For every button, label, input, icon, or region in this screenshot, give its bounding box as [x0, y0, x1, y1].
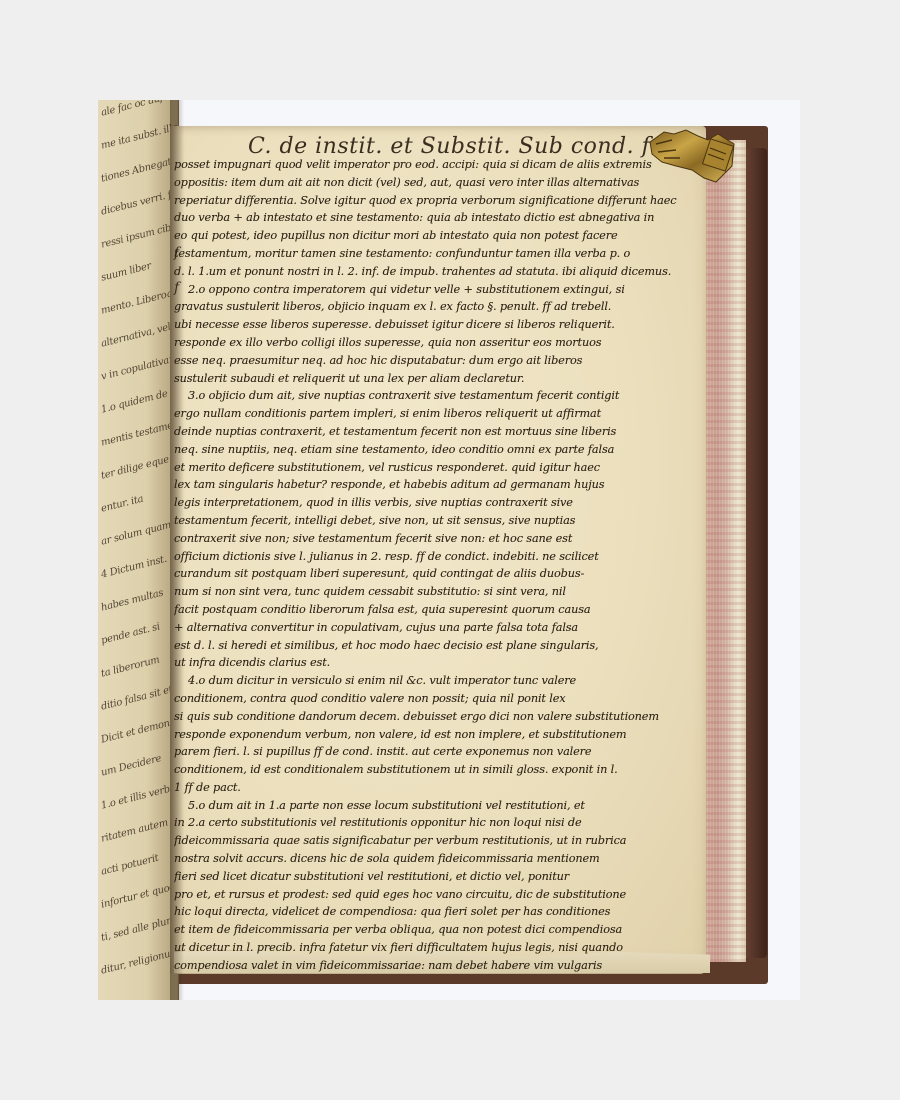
manuscript-line: sustulerit subaudi et reliquerit ut una … — [174, 370, 704, 388]
left-page-line: acti potuerit — [100, 838, 179, 878]
left-page-line: ti, sed alle plures — [100, 904, 179, 944]
manuscript-line: oppositis: item dum ait ait non dicit (v… — [174, 174, 704, 192]
left-page-line: ar solum quam — [100, 508, 179, 548]
manuscript-line: ergo nullam conditionis partem impleri, … — [174, 405, 704, 423]
manuscript-line: est d. l. si heredi et similibus, et hoc… — [174, 637, 704, 655]
manuscript-line: facit postquam conditio liberorum falsa … — [174, 601, 704, 619]
left-page-line: ressi ipsum cibi — [100, 211, 179, 251]
manuscript-line: testamentum fecerit, intelligi debet, si… — [174, 512, 704, 530]
manuscript-line: ut dicetur in l. precib. infra fatetur v… — [174, 939, 704, 957]
manuscript-line: deinde nuptias contraxerit, et testament… — [174, 423, 704, 441]
left-page-line: tiones Abnegativam — [100, 145, 179, 185]
manuscript-line: d. l. 1.um et ponunt nostri in l. 2. inf… — [174, 263, 704, 281]
manuscript-line: 1 ff de pact. — [174, 779, 704, 797]
manuscript-line: 2.o oppono contra imperatorem qui videtu… — [174, 281, 704, 299]
manuscript-line: eo qui potest, ideo pupillus non dicitur… — [174, 227, 704, 245]
manuscript-line: fideicommissaria quae satis significabat… — [174, 832, 704, 850]
manuscript-line: in 2.a certo substitutionis vel restitut… — [174, 814, 704, 832]
left-page-line: ta liberorum — [100, 640, 179, 680]
leather-cover-edge — [743, 148, 767, 958]
left-page-line: ditio falsa sit et — [100, 673, 179, 713]
left-page-line: mento. Liberoque — [100, 277, 179, 317]
left-page: ale fac oc auftume ita subst. illostione… — [98, 100, 179, 1000]
left-page-line: v in copulativam — [100, 343, 179, 383]
brass-hand-clasp-icon — [646, 122, 738, 186]
left-page-line: alternativa, vel — [100, 310, 179, 350]
left-page-line: habes multas — [100, 574, 179, 614]
left-page-line: 4 Dictum inst. — [100, 541, 179, 581]
manuscript-text: posset impugnari quod velit imperator pr… — [174, 156, 704, 975]
manuscript-line: conditionem, contra quod conditio valere… — [174, 690, 704, 708]
manuscript-line: ut infra dicendis clarius est. — [174, 654, 704, 672]
left-page-line: 1.o et illis verbis — [100, 772, 179, 812]
manuscript-line: gravatus sustulerit liberos, objicio inq… — [174, 298, 704, 316]
manuscript-line: duo verba + ab intestato et sine testame… — [174, 209, 704, 227]
manuscript-line: responde ex illo verbo colligi illos sup… — [174, 334, 704, 352]
left-page-line: pende ast. si — [100, 607, 179, 647]
manuscript-line: et item de fideicommissaria per verba ob… — [174, 921, 704, 939]
manuscript-line: legis interpretationem, quod in illis ve… — [174, 494, 704, 512]
left-page-line: ter dilige eque — [100, 442, 179, 482]
manuscript-line: num si non sint vera, tunc quidem cessab… — [174, 583, 704, 601]
left-page-line: suum liber — [100, 244, 179, 284]
manuscript-line: reperiatur differentia. Solve igitur quo… — [174, 192, 704, 210]
manuscript-line: contraxerit sive non; sive testamentum f… — [174, 530, 704, 548]
manuscript-line: officium dictionis sive l. julianus in 2… — [174, 548, 704, 566]
manuscript-line: testamentum, moritur tamen sine testamen… — [174, 245, 704, 263]
left-page-line: entur. ita — [100, 475, 179, 515]
manuscript-line: 3.o objicio dum ait, sive nuptias contra… — [174, 387, 704, 405]
manuscript-line: lex tam singularis habetur? responde, et… — [174, 476, 704, 494]
left-page-line: mentis testamentum — [100, 409, 179, 449]
manuscript-line: posset impugnari quod velit imperator pr… — [174, 156, 704, 174]
manuscript-line: nostra solvit accurs. dicens hic de sola… — [174, 850, 704, 868]
left-page-line: ale fac oc auftu — [100, 100, 179, 119]
manuscript-line: si quis sub conditione dandorum decem. d… — [174, 708, 704, 726]
left-page-line: infortur et quod si — [100, 871, 179, 911]
left-page-line: dicebus verri. fuit — [100, 178, 179, 218]
manuscript-line: + alternativa convertitur in copulativam… — [174, 619, 704, 637]
manuscript-line: curandum sit postquam liberi superesunt,… — [174, 565, 704, 583]
manuscript-line: 5.o dum ait in 1.a parte non esse locum … — [174, 797, 704, 815]
left-page-line: ditur, religionum — [100, 937, 179, 977]
manuscript-line: fieri sed licet dicatur substitutioni ve… — [174, 868, 704, 886]
manuscript-line: pro et, et rursus et prodest: sed quid e… — [174, 886, 704, 904]
left-page-line: 1.o quidem de — [100, 376, 179, 416]
manuscript-line: esse neq. praesumitur neq. ad hoc hic di… — [174, 352, 704, 370]
manuscript-line: hic loqui directa, videlicet de compendi… — [174, 903, 704, 921]
manuscript-line: compendiosa valet in vim fideicommissari… — [174, 957, 704, 975]
manuscript-line: ubi necesse esse liberos superesse. debu… — [174, 316, 704, 334]
manuscript-line: neq. sine nuptiis, neq. etiam sine testa… — [174, 441, 704, 459]
manuscript-line: et merito deficere substitutionem, vel r… — [174, 459, 704, 477]
manuscript-line: responde exponendum verbum, non valere, … — [174, 726, 704, 744]
manuscript-line: 4.o dum dicitur in versiculo si enim nil… — [174, 672, 704, 690]
left-page-line: Dicit et demonstr. — [100, 706, 179, 746]
left-page-line: ritatem autem — [100, 805, 179, 845]
manuscript-line: conditionem, id est conditionalem substi… — [174, 761, 704, 779]
manuscript-line: parem fieri. l. si pupillus ff de cond. … — [174, 743, 704, 761]
photo-panel: ale fac oc auftume ita subst. illostione… — [98, 100, 800, 1000]
left-page-line: um Decidere — [100, 739, 179, 779]
left-page-line: me ita subst. illos — [100, 112, 179, 152]
